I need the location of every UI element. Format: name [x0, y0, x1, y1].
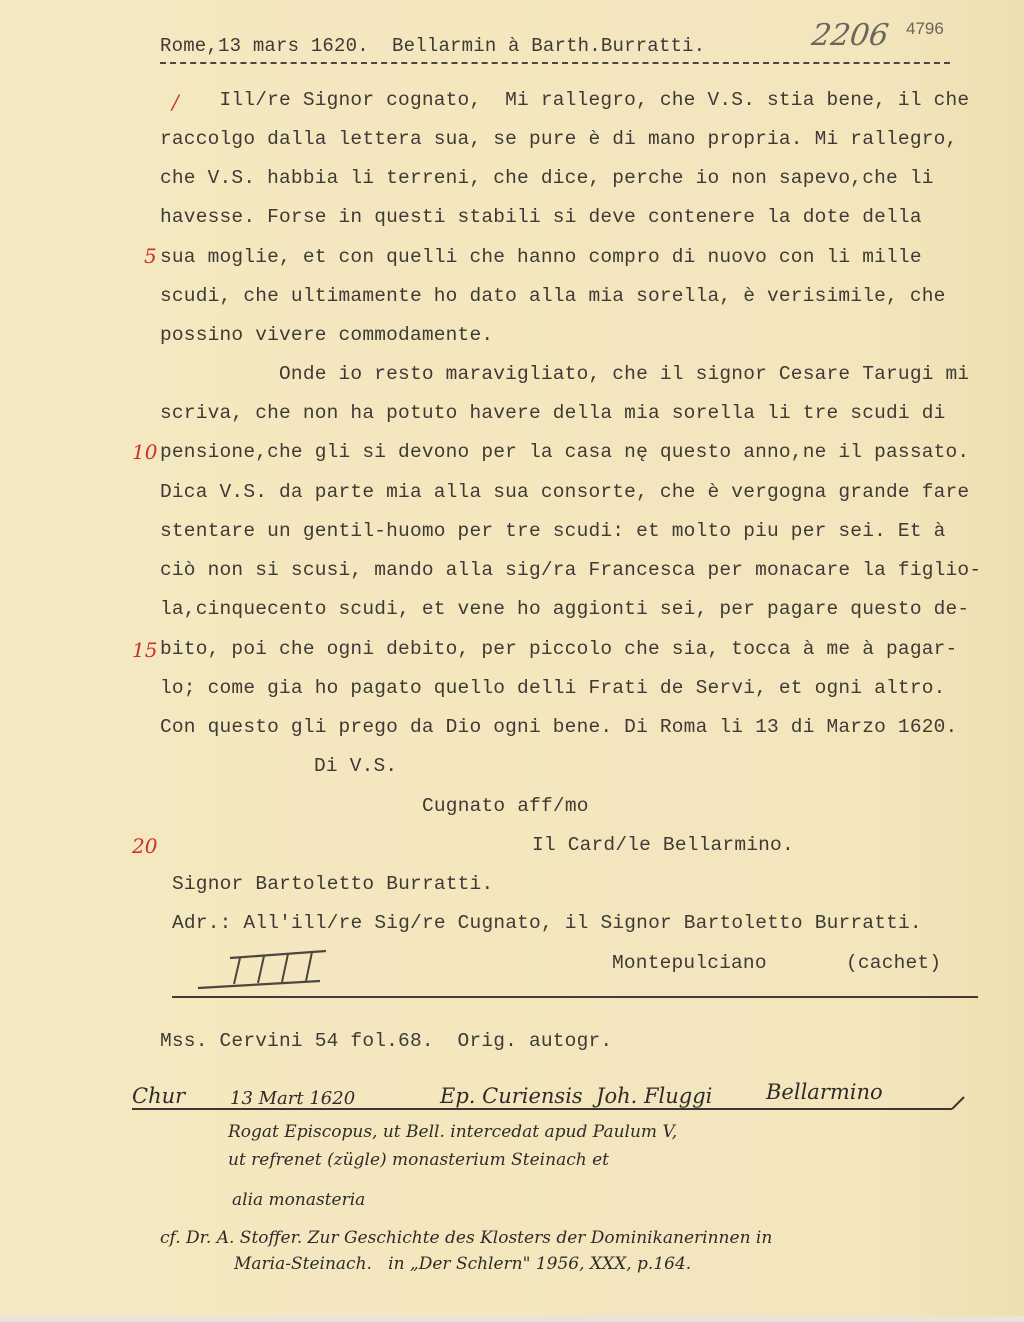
closing-relation: Cugnato aff/mo	[422, 796, 589, 816]
handwritten-number: 2206	[810, 18, 891, 53]
letter-line: raccolgo dalla lettera sua, se pure è di…	[160, 129, 957, 149]
letter-line: la,cinquecento scudi, et vene ho aggiont…	[160, 599, 969, 619]
margin-number-15: 15	[132, 638, 157, 662]
margin-number-20: 20	[132, 834, 157, 858]
margin-number-10: 10	[132, 440, 157, 464]
address: Adr.: All'ill/re Sig/re Cugnato, il Sign…	[172, 913, 922, 933]
letter-line: scudi, che ultimamente ho dato alla mia …	[160, 286, 946, 306]
margin-number-5: 5	[144, 244, 157, 268]
note-line: Maria-Steinach. in „Der Schlern" 1956, X…	[234, 1254, 691, 1274]
place: Montepulciano	[612, 953, 767, 973]
letter-line: ciò non si scusi, mando alla sig/ra Fran…	[160, 560, 981, 580]
letter-line: possino vivere commodamente.	[160, 325, 493, 345]
closing-salutation: Di V.S.	[314, 756, 397, 776]
header-title: Rome,13 mars 1620. Bellarmin à Barth.Bur…	[160, 36, 705, 56]
note-place: Chur	[132, 1084, 185, 1108]
letter-line: bito, poi che ogni debito, per piccolo c…	[160, 639, 957, 659]
source-note: Mss. Cervini 54 fol.68. Orig. autogr.	[160, 1031, 612, 1051]
note-line: cf. Dr. A. Stoffer. Zur Geschichte des K…	[160, 1228, 772, 1248]
header-divider	[160, 62, 950, 64]
letter-line: Onde io resto maravigliato, che il signo…	[160, 364, 969, 384]
note-underline	[132, 1108, 952, 1110]
pencil-mark-icon	[194, 948, 334, 994]
note-date: 13 Mart 1620	[230, 1088, 355, 1109]
letter-line: Dica V.S. da parte mia alla sua consorte…	[160, 482, 969, 502]
closing-signature: Il Card/le Bellarmino.	[532, 835, 794, 855]
note-line: alia monasteria	[232, 1190, 365, 1210]
stamped-number: 4796	[906, 19, 944, 39]
letter-line: sua moglie, et con quelli che hanno comp…	[160, 247, 922, 267]
letter-line: che V.S. habbia li terreni, che dice, pe…	[160, 168, 934, 188]
note-line: ut refrenet (zügle) monasterium Steinach…	[228, 1150, 609, 1170]
letter-line: havesse. Forse in questi stabili si deve…	[160, 207, 922, 227]
section-divider	[172, 996, 978, 998]
letter-line: lo; come gia ho pagato quello delli Frat…	[160, 678, 946, 698]
document-page: Rome,13 mars 1620. Bellarmin à Barth.Bur…	[0, 0, 1024, 1322]
letter-line: Con questo gli prego da Dio ogni bene. D…	[160, 717, 957, 737]
note-line: Rogat Episcopus, ut Bell. intercedat apu…	[228, 1122, 677, 1142]
note-author: Bellarmino	[766, 1080, 883, 1104]
letter-line: pensione,che gli si devono per la casa n…	[160, 442, 969, 462]
letter-line: stentare un gentil-huomo per tre scudi: …	[160, 521, 946, 541]
letter-line: Ill/re Signor cognato, Mi rallegro, che …	[160, 90, 969, 110]
letter-line: scriva, che non ha potuto havere della m…	[160, 403, 946, 423]
underline-hook-icon	[952, 1096, 966, 1110]
recipient: Signor Bartoletto Burratti.	[172, 874, 493, 894]
page-bottom-edge	[0, 1316, 1024, 1322]
note-addressee: Ep. Curiensis Joh. Fluggi	[440, 1084, 712, 1108]
seal-note: (cachet)	[846, 953, 941, 973]
